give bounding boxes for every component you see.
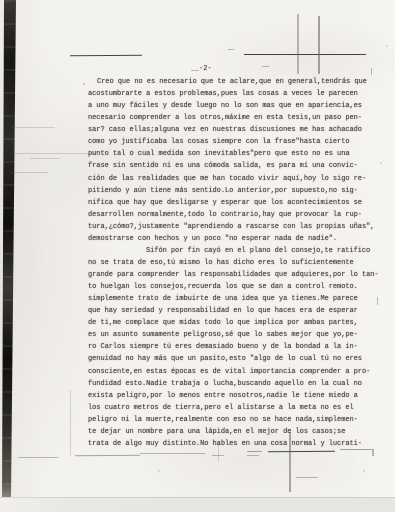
text-line: grande para comprender las responsabilid… — [88, 269, 372, 281]
text-line: como yo justificaba las cosas siempre co… — [88, 136, 372, 148]
text-line: demostrarse con hechos y un poco "no esp… — [88, 233, 372, 245]
fold-crease-bottom — [268, 451, 335, 453]
text-line: fundidad esto.Nadie trabaja o lucha,busc… — [88, 378, 372, 390]
stray-mark — [262, 66, 269, 67]
margin-crease — [30, 158, 60, 159]
fold-crease-bottom — [18, 457, 58, 458]
text-line: tura,¿cómo?,justamente "aprendiendo a ra… — [88, 221, 372, 233]
text-line: acostumbrarte a estos problemas,pues las… — [88, 88, 372, 100]
fold-crease-vertical-1 — [297, 14, 299, 74]
text-line: que hay seriedad y responsabilidad en lo… — [88, 305, 372, 317]
text-line: nifica que hay que desligarse y esperar … — [88, 197, 372, 209]
scan-edge-strip — [0, 497, 395, 512]
margin-crease-vertical — [70, 390, 71, 456]
text-line: ción de las realidades que me han tocado… — [88, 173, 372, 185]
text-line: consciente,en estas épocas es de vital i… — [88, 366, 372, 378]
margin-crease — [10, 172, 48, 173]
fold-crease-bottom — [140, 453, 205, 454]
text-line: frase sin sentido ni es una cómoda salid… — [88, 160, 372, 172]
text-line: necesario comprender a los otros,máxime … — [88, 112, 372, 124]
text-line: desarrollen normalmente,todo lo contrari… — [88, 209, 372, 221]
stray-mark — [158, 470, 160, 472]
text-line: exista peligro,por lo menos entre nosotr… — [88, 390, 372, 402]
scanned-letter-page: -2- Creo que no es necesario que te acla… — [0, 0, 395, 512]
fold-crease-bottom — [296, 477, 318, 478]
fold-crease-bottom — [247, 455, 259, 456]
fold-crease-vertical-2 — [318, 16, 320, 74]
stray-mark — [83, 83, 85, 85]
text-line: simplemente trato de imbuirte de una ide… — [88, 293, 372, 305]
text-line: pitiendo y aún tiene más sentido.Lo ante… — [88, 185, 372, 197]
stray-mark — [228, 49, 234, 50]
page-number: -2- — [199, 65, 212, 73]
text-line: genuidad no hay más que un pasito,esto "… — [88, 353, 372, 365]
text-line: de ti,me complace que midas todo lo que … — [88, 317, 372, 329]
text-line: Sifón por fin cayó en el plano del conse… — [88, 245, 372, 257]
fold-crease-bottom — [247, 451, 262, 452]
fold-crease-bottom-hook — [372, 449, 374, 456]
fold-crease-top-left — [70, 55, 142, 57]
text-line: ro Carlos siempre tú eres demasiado buen… — [88, 341, 372, 353]
text-line: to huelgan los consejos,recuerda los que… — [88, 281, 372, 293]
text-line: es un asunto sumamente peligroso,sé que … — [88, 329, 372, 341]
letter-body: Creo que no es necesario que te aclare,q… — [88, 76, 372, 450]
stray-mark — [380, 162, 382, 164]
margin-crease — [12, 127, 55, 128]
text-line: punto tal o cual medida son inevitables"… — [88, 148, 372, 160]
stray-mark — [386, 45, 388, 47]
stray-mark — [363, 470, 365, 472]
stray-mark — [191, 70, 199, 71]
text-line: a uno muy fáciles y desde luego no lo so… — [88, 100, 372, 112]
text-line: trata de algo muy distinto.No hables en … — [88, 438, 372, 450]
fold-crease-top-right — [244, 54, 366, 55]
margin-crease — [10, 153, 95, 154]
text-line: te dejar un nombre para una lápida,en el… — [88, 426, 372, 438]
spine-shadow-texture — [0, 0, 17, 498]
fold-crease-bottom — [212, 455, 224, 456]
stray-mark — [377, 297, 378, 305]
text-line: los cuatro metros de tierra,pero el alis… — [88, 402, 372, 414]
text-line: Creo que no es necesario que te aclare,q… — [88, 76, 372, 88]
text-line: peligro ni la muerte,realmente con eso n… — [88, 414, 372, 426]
fold-crease-bottom — [75, 455, 140, 457]
stray-mark — [371, 68, 372, 75]
text-line: sar? caso ellas;alguna vez en nuestras d… — [88, 124, 372, 136]
text-line: no se trata de eso,tú mismo lo has dicho… — [88, 257, 372, 269]
